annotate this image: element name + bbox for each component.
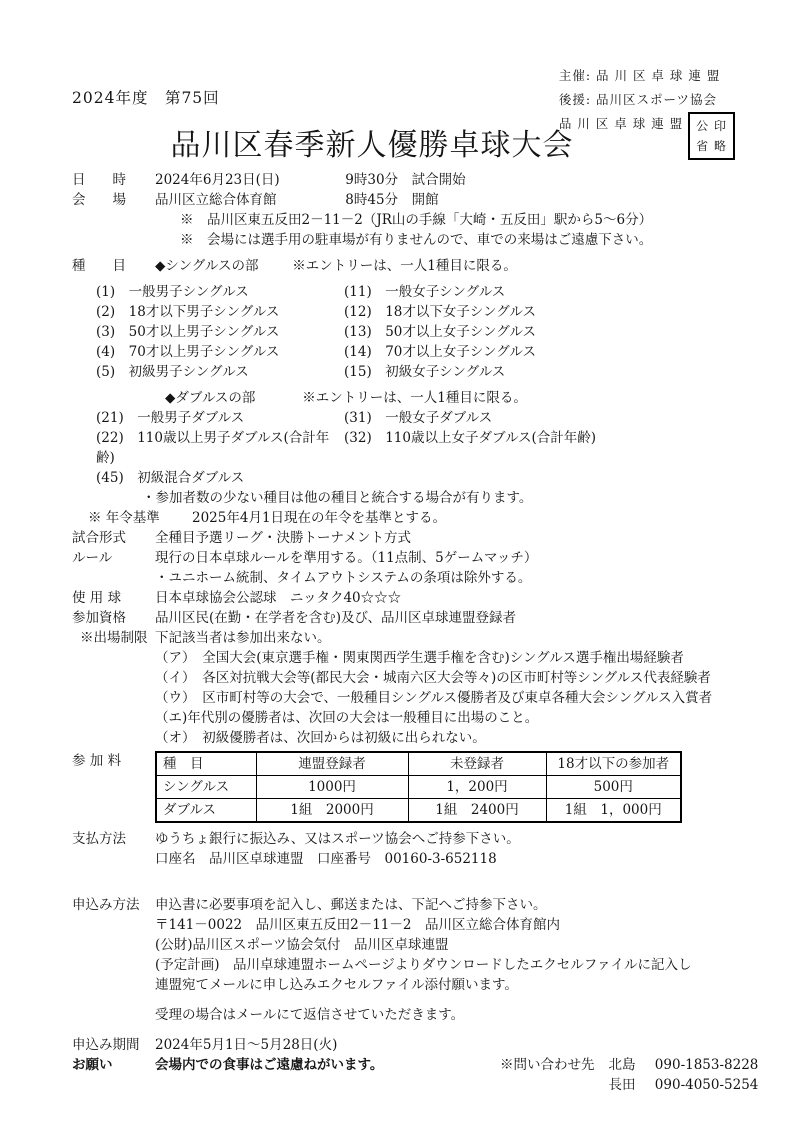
fee-cell: 1組 2000円 [256,799,408,823]
schedule-row: 日 時 2024年6月23日(日) 9時30分 試合開始 [72,170,737,190]
restriction-item-3: （ウ） 区市町村等の大会で、一般種目シングルス優勝者及び東卓各種大会シングルス入… [72,688,737,708]
fee-header-under18: 18才以下の参加者 [546,752,681,776]
document-title: 品川区春季新人優勝卓球大会 [72,120,672,164]
event-merge-note: ・参加者数の少ない種目は他の種目と統合する場合が有ります。 [72,488,737,508]
rules-line-2: ・ユニホーム統制、タイムアウトシステムの条項は除外する。 [72,568,737,588]
contact-phone: 090-1853-8228 [655,1057,759,1073]
eligibility-value: 品川区民(在勤・在学者を含む)及び、品川区卓球連盟登録者 [155,608,737,628]
fee-table-row-doubles: ダブルス 1組 2000円 1組 2400円 1組 1，000円 [156,799,681,823]
organizer-line: 主催: 品 川 区 卓 球 連 盟 [559,64,735,88]
restriction-intro: 下記該当者は参加出来ない。 [155,628,331,648]
contact-label: ※問い合わせ先 [500,1055,595,1095]
doubles-row-2: (22) 110歳以上男子ダブルス(合計年齢) (32) 110歳以上女子ダブル… [72,428,737,468]
restriction-header-row: ※出場制限 下記該当者は参加出来ない。 [72,628,737,648]
request-label: お願い [72,1055,155,1095]
events-singles-header-row: 種 目 ◆シングルスの部 ※エントリーは、一人1種目に限る。 [72,256,737,276]
document-page: 主催: 品 川 区 卓 球 連 盟 後援: 品川区スポーツ協会 品 川 区 卓 … [0,0,793,1122]
fee-cell: 1000円 [256,776,408,799]
match-format-value: 全種目予選リーグ・決勝トーナメント方式 [155,528,737,548]
match-format-label: 試合形式 [72,528,155,548]
fee-section: 参 加 料 種 目 連盟登録者 未登録者 18才以下の参加者 シングルス 100… [72,751,737,823]
fee-cell: 1組 2400円 [408,799,546,823]
venue-name: 品川区立総合体育館 [155,190,341,210]
request-value: 会場内での食事はご遠慮ねがいます。 [155,1055,500,1095]
event-item: (1) 一般男子シングルス [96,282,344,302]
application-reply-note: 受理の場合はメールにて返信させていただきます。 [72,1005,737,1025]
year-edition: 2024年度 第75回 [72,86,220,108]
event-item: (45) 初級混合ダブルス [96,468,344,488]
event-item: (15) 初級女子シングルス [344,362,737,382]
venue-note-2-row: ※ 会場には選手用の駐車場が有りませんので、車での来場はご遠慮下さい。 [72,230,737,250]
payment-row: 支払方法 ゆうちょ銀行に振込み、又はスポーツ協会へご持参下さい。 [72,829,737,849]
restriction-item-2: （イ） 各区対抗戦大会等(都民大会・城南六区大会等々)の区市町村等シングルス代表… [72,668,737,688]
document-body: 日 時 2024年6月23日(日) 9時30分 試合開始 会 場 品川区立総合体… [72,170,737,1095]
ball-value: 日本卓球協会公認球 ニッタク40☆☆☆ [155,588,737,608]
rules-label: ルール [72,548,155,568]
event-item: (32) 110歳以上女子ダブルス(合計年齢) [344,428,737,468]
application-label: 申込み方法 [72,895,155,915]
age-standard-label: ※ 年令基準 [88,508,192,528]
fee-table-row-singles: シングルス 1000円 1，200円 500円 [156,776,681,799]
fee-header-category: 種 目 [156,752,256,776]
doubles-row-3: (45) 初級混合ダブルス [72,468,737,488]
event-item: (4) 70才以上男子シングルス [96,342,344,362]
event-item: (13) 50才以上女子シングルス [344,322,737,342]
ball-label: 使 用 球 [72,588,155,608]
rules-line-1: 現行の日本卓球ルールを準用する。（11点制、5ゲームマッチ） [155,548,737,568]
application-line-2: 〒141－0022 品川区東五反田2－11－2 品川区立総合体育館内 [72,915,737,935]
doubles-entry-note: ※エントリーは、一人1種目に限る。 [302,390,527,406]
singles-row-5: (5) 初級男子シングルス (15) 初級女子シングルス [72,362,737,382]
application-line-1: 申込書に必要事項を記入し、郵送または、下記へご持参下さい。 [155,895,737,915]
events-doubles-header-row: ◆ダブルスの部 ※エントリーは、一人1種目に限る。 [72,388,737,408]
singles-row-1: (1) 一般男子シングルス (11) 一般女子シングルス [72,282,737,302]
age-standard-row: ※ 年令基準 2025年4月1日現在の年令を基準とする。 [88,508,737,528]
application-period-value: 2024年5月1日～5月28日(火) [155,1035,737,1055]
payment-account-line: 口座名 品川区卓球連盟 口座番号 00160-3-652118 [72,849,737,869]
contact-person-1: 北島 090-1853-8228 [609,1055,759,1075]
eligibility-label: 参加資格 [72,608,155,628]
schedule-label: 日 時 [72,170,155,190]
contact-person-2: 長田 090-4050-5254 [609,1075,759,1095]
support-line: 後援: 品川区スポーツ協会 [559,88,735,112]
application-period-label: 申込み期間 [72,1035,155,1055]
singles-row-4: (4) 70才以上男子シングルス (14) 70才以上女子シングルス [72,342,737,362]
event-item: (14) 70才以上女子シングルス [344,342,737,362]
official-seal-omitted-stamp: 公 印 省 略 [688,112,735,160]
contact-name: 北島 [609,1055,651,1075]
venue-open-time: 8時45分 開館 [345,192,438,208]
venue-row: 会 場 品川区立総合体育館 8時45分 開館 [72,190,737,210]
payment-line-1: ゆうちょ銀行に振込み、又はスポーツ協会へご持参下さい。 [155,829,737,849]
fee-header-registered: 連盟登録者 [256,752,408,776]
payment-label: 支払方法 [72,829,155,849]
match-format-row: 試合形式 全種目予選リーグ・決勝トーナメント方式 [72,528,737,548]
application-period-row: 申込み期間 2024年5月1日～5月28日(火) [72,1035,737,1055]
match-start-time: 9時30分 試合開始 [345,172,465,188]
fee-cell: 500円 [546,776,681,799]
fee-cell: シングルス [156,776,256,799]
fee-cell: 1，200円 [408,776,546,799]
contact-block: ※問い合わせ先 北島 090-1853-8228 長田 090-4050-525… [500,1055,758,1095]
venue-label: 会 場 [72,190,155,210]
singles-row-2: (2) 18才以下男子シングルス (12) 18才以下女子シングルス [72,302,737,322]
age-standard-value: 2025年4月1日現在の年令を基準とする。 [192,508,446,528]
fee-table: 種 目 連盟登録者 未登録者 18才以下の参加者 シングルス 1000円 1，2… [155,751,682,823]
event-item: (11) 一般女子シングルス [344,282,737,302]
event-item: (31) 一般女子ダブルス [344,408,737,428]
singles-row-3: (3) 50才以上男子シングルス (13) 50才以上女子シングルス [72,322,737,342]
application-line-5: 連盟宛てメールに申し込みエクセルファイル添付願います。 [72,975,737,995]
fee-cell: ダブルス [156,799,256,823]
event-item: (21) 一般男子ダブルス [96,408,344,428]
events-label: 種 目 [72,256,155,276]
ball-row: 使 用 球 日本卓球協会公認球 ニッタク40☆☆☆ [72,588,737,608]
restriction-item-4: （エ)年代別の優勝者は、次回の大会は一般種目に出場のこと。 [72,708,737,728]
fee-label: 参 加 料 [72,751,155,823]
contact-name: 長田 [609,1075,651,1095]
venue-address-note: ※ 品川区東五反田2－11－2（JR山の手線「大崎・五反田」駅から5～6分） [155,210,737,230]
event-date: 2024年6月23日(日) [155,170,341,190]
singles-entry-note: ※エントリーは、一人1種目に限る。 [292,258,517,274]
doubles-row-1: (21) 一般男子ダブルス (31) 一般女子ダブルス [72,408,737,428]
rules-row: ルール 現行の日本卓球ルールを準用する。（11点制、5ゲームマッチ） [72,548,737,568]
venue-parking-note: ※ 会場には選手用の駐車場が有りませんので、車での来場はご遠慮下さい。 [155,230,737,250]
restriction-label: ※出場制限 [80,628,155,648]
stamp-line-2: 省 略 [696,139,727,153]
fee-table-header-row: 種 目 連盟登録者 未登録者 18才以下の参加者 [156,752,681,776]
request-row: お願い 会場内での食事はご遠慮ねがいます。 ※問い合わせ先 北島 090-185… [72,1055,737,1095]
stamp-line-1: 公 印 [696,119,727,133]
fee-header-unregistered: 未登録者 [408,752,546,776]
application-line-4: (予定計画) 品川卓球連盟ホームページよりダウンロードしたエクセルファイルに記入… [72,955,737,975]
event-item: (3) 50才以上男子シングルス [96,322,344,342]
singles-section-header: ◆シングルスの部 [155,256,288,276]
application-line-3: (公財)品川区スポーツ協会気付 品川区卓球連盟 [72,935,737,955]
event-item: (2) 18才以下男子シングルス [96,302,344,322]
contact-phone: 090-4050-5254 [655,1077,759,1093]
contact-people: 北島 090-1853-8228 長田 090-4050-5254 [609,1055,759,1095]
doubles-section-header: ◆ダブルスの部 [165,388,298,408]
event-item: (12) 18才以下女子シングルス [344,302,737,322]
fee-cell: 1組 1，000円 [546,799,681,823]
restriction-item-1: （ア） 全国大会(東京選手権・関東関西学生選手権を含む)シングルス選手権出場経験… [72,648,737,668]
eligibility-row: 参加資格 品川区民(在勤・在学者を含む)及び、品川区卓球連盟登録者 [72,608,737,628]
venue-note-1-row: ※ 品川区東五反田2－11－2（JR山の手線「大崎・五反田」駅から5～6分） [72,210,737,230]
event-item: (22) 110歳以上男子ダブルス(合計年齢) [96,428,344,468]
restriction-item-5: （オ） 初級優勝者は、次回からは初級に出られない。 [72,728,737,748]
application-row: 申込み方法 申込書に必要事項を記入し、郵送または、下記へご持参下さい。 [72,895,737,915]
event-item: (5) 初級男子シングルス [96,362,344,382]
